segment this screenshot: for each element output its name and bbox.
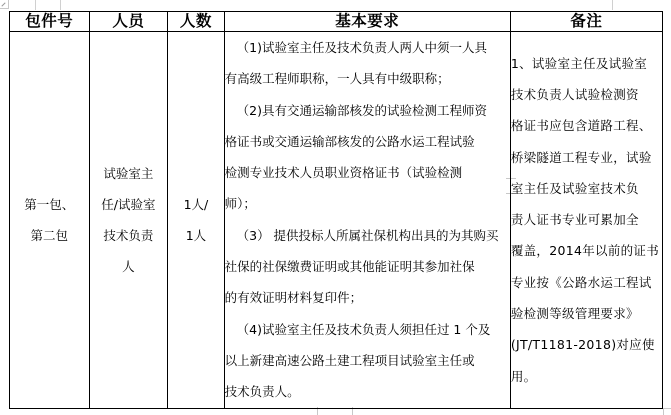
requirement-line: 检测专业技术人员职业资格证书（试验检测 bbox=[225, 157, 510, 188]
requirements-table: 包件号 人员 人数 基本要求 备注 第一包、 第二包 试验室主 任/试验室 技术… bbox=[9, 11, 663, 409]
requirement-line: 格证书或交通运输部核发的公路水运工程试验 bbox=[225, 126, 510, 157]
requirement-line: 有高级工程师职称，一人具有中级职称； bbox=[225, 63, 510, 94]
count-cell[interactable]: 1人/ 1人 bbox=[168, 32, 224, 409]
personnel-line: 任/试验室 bbox=[94, 189, 162, 220]
note-line: 专业按《公路水运工程试 bbox=[511, 267, 662, 298]
note-line: 验检测等级管理要求》 bbox=[511, 298, 662, 329]
requirement-line: 师）； bbox=[225, 188, 510, 219]
requirement-item-1: （1)试验室主任及技术负责人两人中须一人具 有高级工程师职称，一人具有中级职称； bbox=[225, 32, 510, 95]
note-line: 1、试验室主任及试验室 bbox=[511, 48, 662, 79]
column-resize-handle[interactable] bbox=[612, 0, 637, 10]
personnel-line: 人 bbox=[94, 251, 162, 282]
count-line: 1人/ bbox=[168, 189, 223, 220]
header-requirements: 基本要求 bbox=[224, 12, 510, 32]
note-line: 室主任及试验室技术负 bbox=[511, 173, 662, 204]
header-notes: 备注 bbox=[510, 12, 662, 32]
requirement-line: （2)具有交通运输部核发的试验检测工程师资 bbox=[225, 95, 510, 126]
table-resize-handle[interactable] bbox=[663, 408, 671, 415]
package-line: 第二包 bbox=[10, 220, 89, 251]
requirement-line: 技术负责人。 bbox=[225, 376, 510, 407]
note-line: 格证书应包含道路工程、 bbox=[511, 110, 662, 141]
requirements-cell[interactable]: （1)试验室主任及技术负责人两人中须一人具 有高级工程师职称，一人具有中级职称；… bbox=[224, 32, 510, 409]
requirement-item-4: （4)试验室主任及技术负责人须担任过 1 个及 以上新建高速公路土建工程项目试验… bbox=[225, 314, 510, 408]
table-row: 第一包、 第二包 试验室主 任/试验室 技术负责 人 1人/ 1人 （1)试验室… bbox=[10, 32, 663, 409]
personnel-cell[interactable]: 试验室主 任/试验室 技术负责 人 bbox=[89, 32, 168, 409]
requirement-item-2: （2)具有交通运输部核发的试验检测工程师资 格证书或交通运输部核发的公路水运工程… bbox=[225, 95, 510, 220]
requirement-line: 社保的社保缴费证明或其他能证明其参加社保 bbox=[225, 251, 510, 282]
select-all-corner[interactable] bbox=[0, 0, 9, 9]
package-cell[interactable]: 第一包、 第二包 bbox=[10, 32, 90, 409]
header-count: 人数 bbox=[168, 12, 224, 32]
requirement-line: （4)试验室主任及技术负责人须担任过 1 个及 bbox=[225, 314, 510, 345]
personnel-line: 试验室主 bbox=[94, 158, 162, 189]
note-line: (JT/T1181-2018)对应使 bbox=[511, 329, 662, 360]
header-package: 包件号 bbox=[10, 12, 90, 32]
requirement-line: 的有效证明材料复印件； bbox=[225, 282, 510, 313]
table-move-handle[interactable] bbox=[35, 0, 61, 10]
requirement-line: 以上新建高速公路土建工程项目试验室主任或 bbox=[225, 345, 510, 376]
header-personnel: 人员 bbox=[89, 12, 168, 32]
note-line: 用。 bbox=[511, 361, 662, 392]
header-row: 包件号 人员 人数 基本要求 备注 bbox=[10, 12, 663, 32]
count-line: 1人 bbox=[168, 220, 223, 251]
note-line: 技术负责人试验检测资 bbox=[511, 79, 662, 110]
note-line: 桥梁隧道工程专业，试验 bbox=[511, 142, 662, 173]
requirement-item-3: （3） 提供投标人所属社保机构出具的为其购买 社保的社保缴费证明或其他能证明其参… bbox=[225, 220, 510, 314]
requirement-line: （1)试验室主任及技术负责人两人中须一人具 bbox=[225, 32, 510, 63]
note-line: 覆盖，2014年以前的证书 bbox=[511, 235, 662, 266]
package-line: 第一包、 bbox=[10, 189, 89, 220]
note-line: 责人证书专业可累加全 bbox=[511, 204, 662, 235]
personnel-line: 技术负责 bbox=[94, 220, 162, 251]
requirement-line: （3） 提供投标人所属社保机构出具的为其购买 bbox=[225, 220, 510, 251]
notes-cell[interactable]: 1、试验室主任及试验室 技术负责人试验检测资 格证书应包含道路工程、 桥梁隧道工… bbox=[510, 32, 662, 409]
